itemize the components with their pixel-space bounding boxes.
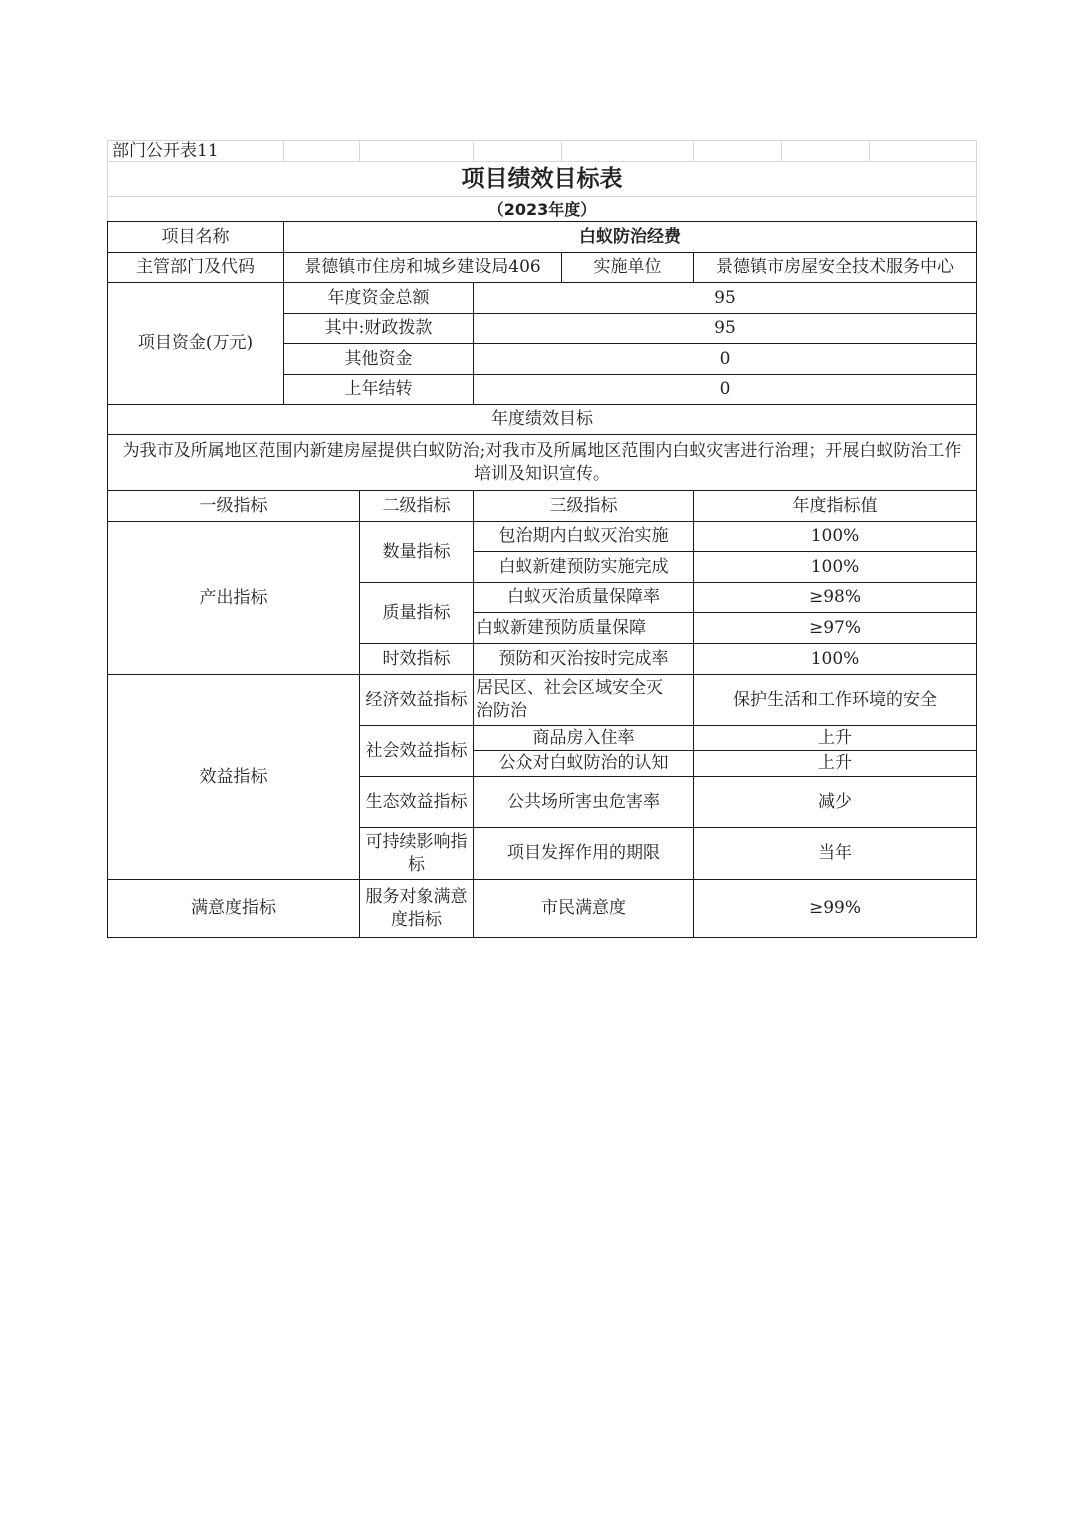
project-name-value: 白蚁防治经费 — [283, 221, 977, 253]
page-title: 项目绩效目标表 — [107, 161, 977, 197]
empty-cell — [473, 140, 562, 162]
empty-cell — [869, 140, 977, 162]
level2-quantity: 数量指标 — [359, 521, 474, 583]
indicator-value: 保护生活和工作环境的安全 — [693, 674, 977, 726]
indicator-value: ≥99% — [693, 879, 977, 938]
empty-cell — [561, 140, 694, 162]
department-label: 主管部门及代码 — [107, 252, 284, 283]
level2-ecological: 生态效益指标 — [359, 776, 474, 828]
indicator-value: 100% — [693, 643, 977, 675]
year-subtitle: （2023年度） — [107, 196, 977, 222]
level3-item: 市民满意度 — [473, 879, 694, 938]
level3-item: 商品房入住率 — [473, 725, 694, 751]
funds-row-value: 0 — [473, 343, 977, 375]
annual-goal-label: 年度绩效目标 — [107, 404, 977, 435]
level1-output: 产出指标 — [107, 521, 360, 675]
level2-social: 社会效益指标 — [359, 725, 474, 777]
header-value: 年度指标值 — [693, 490, 977, 522]
annual-goal-text: 为我市及所属地区范围内新建房屋提供白蚁防治;对我市及所属地区范围内白蚁灾害进行治… — [107, 434, 977, 491]
empty-cell — [359, 140, 474, 162]
indicator-value: 当年 — [693, 827, 977, 880]
funds-row-label: 年度资金总额 — [283, 282, 474, 314]
level2-sustainable: 可持续影响指标 — [359, 827, 474, 880]
indicator-value: 100% — [693, 551, 977, 583]
empty-cell — [283, 140, 360, 162]
level3-item: 居民区、社会区域安全灭治防治 — [473, 674, 694, 726]
level3-item: 公众对白蚁防治的认知 — [473, 750, 694, 777]
table-number: 部门公开表11 — [107, 140, 284, 162]
level1-benefit: 效益指标 — [107, 674, 360, 880]
level2-timeliness: 时效指标 — [359, 643, 474, 675]
funds-row-label: 上年结转 — [283, 374, 474, 405]
funds-row-value: 95 — [473, 313, 977, 344]
level3-item: 预防和灭治按时完成率 — [473, 643, 694, 675]
header-level1: 一级指标 — [107, 490, 360, 522]
level1-satisfaction: 满意度指标 — [107, 879, 360, 938]
level2-quality: 质量指标 — [359, 582, 474, 644]
implementing-unit-label: 实施单位 — [561, 252, 694, 283]
header-level3: 三级指标 — [473, 490, 694, 522]
funds-row-label: 其他资金 — [283, 343, 474, 375]
level3-item: 白蚁灭治质量保障率 — [473, 582, 694, 613]
funds-label: 项目资金(万元) — [107, 282, 284, 405]
indicator-value: 上升 — [693, 750, 977, 777]
indicator-value: 上升 — [693, 725, 977, 751]
level2-service-satisfaction: 服务对象满意度指标 — [359, 879, 474, 938]
level3-item: 项目发挥作用的期限 — [473, 827, 694, 880]
level3-item: 白蚁新建预防质量保障 — [473, 612, 694, 644]
level2-economic: 经济效益指标 — [359, 674, 474, 726]
indicator-value: ≥97% — [693, 612, 977, 644]
project-name-label: 项目名称 — [107, 221, 284, 253]
department-value: 景德镇市住房和城乡建设局406 — [283, 252, 562, 283]
level3-item: 包治期内白蚁灭治实施 — [473, 521, 694, 552]
indicator-value: 100% — [693, 521, 977, 552]
funds-row-label: 其中:财政拨款 — [283, 313, 474, 344]
empty-cell — [693, 140, 782, 162]
implementing-unit-value: 景德镇市房屋安全技术服务中心 — [693, 252, 977, 283]
empty-cell — [781, 140, 870, 162]
indicator-value: 减少 — [693, 776, 977, 828]
funds-row-value: 0 — [473, 374, 977, 405]
header-level2: 二级指标 — [359, 490, 474, 522]
funds-row-value: 95 — [473, 282, 977, 314]
indicator-value: ≥98% — [693, 582, 977, 613]
level3-item: 公共场所害虫危害率 — [473, 776, 694, 828]
level3-item: 白蚁新建预防实施完成 — [473, 551, 694, 583]
